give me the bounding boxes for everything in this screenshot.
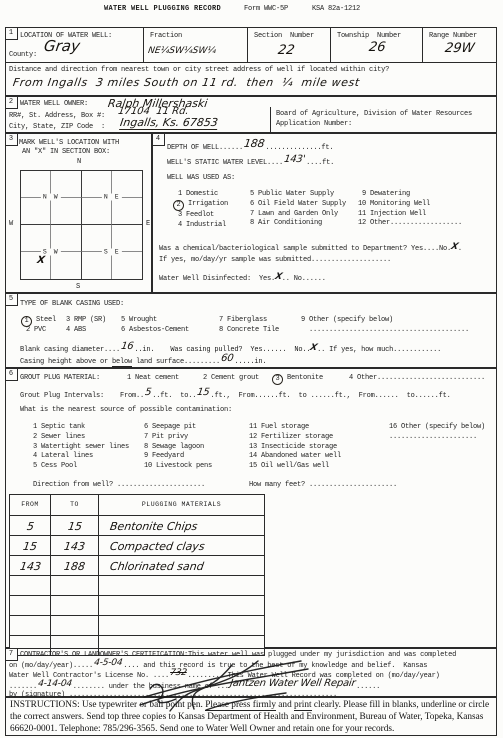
- grout-title-row: GROUT PLUG MATERIAL: 1 Neat cement2 Ceme…: [20, 374, 485, 385]
- contamination-option: 6 Seepage pit: [144, 423, 249, 433]
- date-completed-dots: .......: [9, 683, 37, 691]
- contamination-option: 16 Other (specify below): [389, 423, 499, 433]
- option-number: 7: [214, 316, 223, 326]
- section-certification: 7 CONTRACTOR'S OR LANDOWNER'S CERTIFICAT…: [5, 648, 497, 697]
- option-number: 1: [24, 317, 28, 325]
- date-completed-value: 4-14-04: [37, 680, 72, 689]
- casing-option-8: 8 Concrete Tile: [214, 326, 296, 336]
- instructions-underlined-2: print: [294, 700, 312, 711]
- section-location: 1 LOCATION OF WATER WELL: County: Gray F…: [5, 27, 497, 96]
- to-cell: [51, 576, 99, 596]
- fraction-value: NE¼SW¼SW¼: [147, 47, 216, 56]
- material-cell: [99, 616, 265, 636]
- used-as-option-8: 8 Air Conditioning: [245, 219, 357, 229]
- compass-north: N: [77, 158, 81, 167]
- static-level-line: WELL'S STATIC WATER LEVEL....143'....ft.: [167, 157, 334, 168]
- height-label-pre: Casing height above or: [20, 358, 112, 366]
- mark-title-line1: MARK WELL'S LOCATION WITH: [19, 139, 119, 148]
- used-as-label: WELL WAS USED AS:: [167, 174, 235, 183]
- option-number: 3: [173, 211, 182, 221]
- material-cell: [99, 596, 265, 616]
- form-number: Form WWC-5P: [244, 5, 288, 14]
- form-statute: KSA 82a-1212: [312, 5, 360, 14]
- section-number-cell: Section Number 22: [248, 28, 331, 62]
- to-cell: [51, 596, 99, 616]
- option-number: 1: [122, 374, 131, 384]
- board-label: Board of Agriculture, Division of Water …: [276, 110, 472, 119]
- height-value: 60: [220, 354, 234, 364]
- option-number: 8: [214, 326, 223, 336]
- certification-line2: on (mo/day/year).....4-5-04.... and this…: [9, 661, 427, 671]
- contamination-option: 15 Oil well/Gas well: [249, 462, 389, 472]
- section-1-number: 1: [5, 27, 18, 40]
- application-number-label: Application Number:: [276, 120, 352, 129]
- plug-table-header: PLUGGING MATERIALS: [99, 495, 265, 516]
- instructions-text: INSTRUCTIONS: Use typewriter or ball poi…: [10, 700, 205, 710]
- direction-from-well-label: Direction from well? ...................…: [33, 481, 205, 490]
- intervals-to-label: ..ft. to..: [152, 392, 196, 400]
- contamination-option: 4 Lateral lines: [33, 452, 144, 462]
- compass-west: W: [9, 220, 13, 229]
- used-as-option-12: 12 Other..................: [357, 219, 503, 229]
- depth-suffix: ..............ft.: [265, 144, 333, 152]
- contamination-option: 9 Feedyard: [144, 452, 249, 462]
- casing-option-cell: 4 ABS: [61, 326, 116, 336]
- section-well-details: 4 DEPTH OF WELL......188..............ft…: [152, 133, 497, 293]
- used-as-option-4: 4 Industrial: [173, 221, 245, 231]
- section-owner: 2 WATER WELL OWNER: Ralph Millershaski R…: [5, 96, 497, 133]
- grout-material-4: 4 Other...........................: [344, 374, 485, 384]
- option-number: 8: [245, 219, 254, 229]
- contamination-option: 7 Pit privy: [144, 433, 249, 443]
- sample-question-line: Was a chemical/bacteriological sample su…: [159, 244, 462, 254]
- section-grid-cell: [51, 198, 81, 225]
- casing-height-line: Casing height above or below land surfac…: [20, 356, 266, 367]
- used-as-option-7: 7 Lawn and Garden Only: [245, 210, 357, 220]
- how-many-feet-label: How many feet? ......................: [249, 481, 397, 490]
- option-number: 5: [116, 316, 125, 326]
- used-as-option-1: 1 Domestic: [173, 190, 245, 200]
- plug-table-row: 15143Compacted clays: [10, 536, 265, 556]
- interval-to-value: 15: [197, 388, 211, 398]
- contamination-column: 6 Seepage pit7 Pit privy8 Sewage lagoon9…: [144, 423, 249, 472]
- option-number: 4: [61, 326, 70, 336]
- certification-line4-rest: ......: [356, 683, 380, 691]
- well-x-mark: X: [36, 256, 45, 266]
- casing-option-6: 6 Asbestos-Cement: [116, 326, 214, 336]
- license-value: 732: [169, 669, 187, 678]
- range-label: Range Number: [429, 32, 477, 41]
- sample-question: Was a chemical/bacteriological sample su…: [159, 245, 451, 253]
- option-number: 4: [344, 374, 353, 384]
- intervals-label: Grout Plug Intervals:: [20, 392, 104, 400]
- contamination-column: 1 Septic tank2 Sewer lines3 Watertight s…: [33, 423, 144, 472]
- option-number: 4: [173, 221, 182, 231]
- county-value: Gray: [43, 39, 81, 54]
- fraction-label: Fraction: [150, 32, 182, 41]
- handwritten-value: 143: [19, 561, 42, 572]
- casing-option-cell: 8 Concrete Tile: [214, 326, 296, 336]
- plug-table-header: TO: [51, 495, 99, 516]
- used-as-option-10: 10 Monitoring Well: [357, 200, 503, 210]
- diameter-value: 16: [120, 342, 134, 352]
- material-cell: Chlorinated sand: [99, 556, 265, 576]
- handwritten-value: Compacted clays: [109, 541, 205, 552]
- section-3-number: 3: [5, 133, 18, 146]
- option-number: 2: [198, 374, 207, 384]
- casing-option-cell: 6 Asbestos-Cement: [116, 326, 214, 336]
- section-grout: 6 GROUT PLUG MATERIAL: 1 Neat cement2 Ce…: [5, 368, 497, 648]
- contamination-option: 5 Cess Pool: [33, 462, 144, 472]
- plug-table-row: [10, 616, 265, 636]
- sample-question-end: .: [458, 245, 462, 253]
- owner-label: WATER WELL OWNER:: [20, 100, 88, 109]
- section-casing: 5 TYPE OF BLANK CASING USED: 1 Steel3 RM…: [5, 293, 497, 368]
- option-number: 3: [275, 375, 279, 383]
- section-grid-cell: [21, 198, 51, 225]
- handwritten-value: 5: [26, 521, 35, 532]
- used-as-option-2: 2 Irrigation: [173, 200, 245, 211]
- compass-south: S: [76, 283, 80, 292]
- handwritten-value: Bentonite Chips: [109, 521, 198, 532]
- from-cell: [10, 616, 51, 636]
- city-label: City, State, ZIP Code :: [9, 123, 105, 132]
- date-plugged-label: on (mo/day/year).....: [9, 662, 93, 670]
- section-grid-cell: [82, 198, 112, 225]
- certification-line2-rest: .... and this record is true to the best…: [123, 662, 427, 670]
- material-cell: Compacted clays: [99, 536, 265, 556]
- sample-if-yes-line: If yes, mo/day/yr sample was submitted..…: [159, 256, 391, 265]
- from-cell: [10, 576, 51, 596]
- fraction-cell: Fraction NE¼SW¼SW¼: [144, 28, 248, 62]
- form-title: WATER WELL PLUGGING RECORD: [104, 5, 221, 14]
- depth-label: DEPTH OF WELL......: [167, 144, 243, 152]
- plug-table-row: 143188Chlorinated sand: [10, 556, 265, 576]
- quadrant-se: S E: [102, 249, 122, 256]
- option-number: 10: [357, 200, 366, 210]
- address-label: RR#, St. Address, Box #:: [9, 112, 105, 121]
- option-number: 11: [357, 210, 366, 220]
- owner-divider: [270, 107, 271, 132]
- grout-material-cell: 2 Cement grout: [198, 374, 272, 385]
- disinfected-no: .. No......: [282, 275, 326, 283]
- county-label: County:: [9, 51, 37, 60]
- quadrant-ne: N E: [102, 194, 122, 201]
- contamination-option: 1 Septic tank: [33, 423, 144, 433]
- option-number: 6: [116, 326, 125, 336]
- business-name-value: Jantzen Water Well Repair: [229, 679, 356, 689]
- township-value: 26: [368, 41, 386, 54]
- range-value: 29W: [444, 42, 475, 55]
- depth-value: 188: [243, 138, 265, 149]
- instructions-text-mid: and: [276, 700, 294, 710]
- section-number-label: Section Number: [254, 32, 314, 41]
- handwritten-value: 15: [22, 541, 38, 552]
- casing-option-cell: ........................................: [296, 326, 476, 336]
- from-cell: 143: [10, 556, 51, 576]
- certification-line1: CONTRACTOR'S OR LANDOWNER'S CERTIFICATIO…: [20, 651, 456, 660]
- grout-title: GROUT PLUG MATERIAL:: [20, 374, 122, 385]
- option-number: 12: [357, 219, 366, 229]
- static-level-value: 143': [283, 155, 305, 165]
- circled-answer-mark: 2: [173, 200, 184, 211]
- from-cell: [10, 596, 51, 616]
- used-as-options: 1 Domestic2 Irrigation3 Feedlot4 Industr…: [173, 190, 503, 230]
- grout-material-3: 3 Bentonite: [272, 374, 344, 385]
- used-as-option-9: 9 Dewatering: [357, 190, 503, 200]
- contamination-option: 8 Sewage lagoon: [144, 443, 249, 453]
- section-mark-location: 3 MARK WELL'S LOCATION WITH AN "X" IN SE…: [5, 133, 152, 293]
- city-value: Ingalls, Ks. 67853: [119, 117, 219, 130]
- section-grid-cell: [82, 252, 112, 279]
- used-as-option-11: 11 Injection Well: [357, 210, 503, 220]
- instructions-underlined-1: Please press firmly: [205, 700, 276, 711]
- distance-question: Distance and direction from nearest town…: [9, 66, 389, 75]
- instructions-box: INSTRUCTIONS: Use typewriter or ball poi…: [5, 697, 497, 736]
- section-5-number: 5: [5, 293, 18, 306]
- option-number: 2: [21, 326, 30, 336]
- certification-line3: Water Well Contractor's License No. ....…: [9, 671, 440, 681]
- plug-table-row: 515Bentonite Chips: [10, 516, 265, 536]
- intervals-rest: .ft., From......ft. to ......ft., From..…: [211, 392, 451, 400]
- disinfected-line: Water Well Disinfected: Yes.X.. No......: [159, 274, 326, 284]
- handwritten-value: 188: [63, 561, 86, 572]
- grout-intervals-line: Grout Plug Intervals: From..5..ft. to..1…: [20, 390, 451, 401]
- to-cell: 188: [51, 556, 99, 576]
- quadrant-sw: S W: [41, 249, 61, 256]
- used-as-column: 9 Dewatering10 Monitoring Well11 Injecti…: [357, 190, 503, 230]
- license-label: Water Well Contractor's License No. ....: [9, 672, 169, 680]
- option-number: 2: [176, 201, 180, 209]
- handwritten-value: Chlorinated sand: [109, 561, 204, 572]
- plug-table-header: FROM: [10, 495, 51, 516]
- casing-option-9: 9 Other (specify below): [296, 316, 476, 326]
- depth-line: DEPTH OF WELL......188..............ft.: [167, 140, 333, 153]
- business-name-label: ........ under the business name of ...: [73, 683, 229, 691]
- contamination-option: 14 Abandoned water well: [249, 452, 389, 462]
- from-cell: 5: [10, 516, 51, 536]
- circled-answer-mark: 3: [272, 374, 283, 385]
- distance-value: From Ingalls 3 miles South on 11 rd. the…: [12, 77, 360, 88]
- contamination-option: 10 Livestock pens: [144, 462, 249, 472]
- compass-east: E: [146, 220, 150, 229]
- contamination-column: 11 Fuel storage12 Fertilizer storage13 I…: [249, 423, 389, 472]
- grout-material-cell: 1 Neat cement: [122, 374, 198, 385]
- plug-table-row: [10, 576, 265, 596]
- mark-title-line2: AN "X" IN SECTION BOX:: [22, 148, 110, 157]
- section-7-number: 7: [5, 648, 18, 661]
- casing-option-3: 3 RMP (SR): [61, 316, 116, 326]
- material-cell: Bentonite Chips: [99, 516, 265, 536]
- contamination-option: ......................: [389, 433, 499, 443]
- grout-material-options: 1 Neat cement2 Cement grout3 Bentonite4 …: [122, 374, 485, 385]
- contamination-label: What is the nearest source of possible c…: [20, 406, 232, 415]
- static-level-suffix: ....ft.: [306, 159, 334, 167]
- plug-table-row: [10, 596, 265, 616]
- to-cell: [51, 616, 99, 636]
- option-number: 3: [61, 316, 70, 326]
- range-cell: Range Number 29W: [423, 28, 496, 62]
- option-number: 7: [245, 210, 254, 220]
- contamination-option: 3 Watertight sewer lines: [33, 443, 144, 453]
- grout-material-2: 2 Cement grout: [198, 374, 272, 384]
- casing-option-cell: 2 PVC: [21, 326, 61, 336]
- used-as-column: 1 Domestic2 Irrigation3 Feedlot4 Industr…: [173, 190, 245, 230]
- intervals-from-label: From..: [104, 392, 144, 400]
- contamination-option: 2 Sewer lines: [33, 433, 144, 443]
- handwritten-value: 143: [63, 541, 86, 552]
- diameter-label: Blank casing diameter....: [20, 346, 120, 354]
- plug-table-header-row: FROMTOPLUGGING MATERIALS: [10, 495, 265, 516]
- option-number: 9: [296, 316, 305, 326]
- quadrant-nw: N W: [41, 194, 61, 201]
- grout-material-cell: 4 Other...........................: [344, 374, 485, 385]
- contamination-option: 13 Insecticide storage: [249, 443, 389, 453]
- height-below-underlined: below: [112, 358, 132, 367]
- contamination-column: 16 Other (specify below)................…: [389, 423, 499, 472]
- material-cell: [99, 576, 265, 596]
- pulled-how-much: .. If yes, how much............: [317, 346, 441, 354]
- grout-material-cell: 3 Bentonite: [272, 374, 344, 385]
- section-grid-cell: [51, 252, 81, 279]
- section-6-number: 6: [5, 368, 18, 381]
- location-header-row: LOCATION OF WATER WELL: County: Gray Fra…: [6, 28, 496, 63]
- contamination-options: 1 Septic tank2 Sewer lines3 Watertight s…: [33, 423, 499, 472]
- contamination-option: 12 Fertilizer storage: [249, 433, 389, 443]
- to-cell: 143: [51, 536, 99, 556]
- contamination-option: 11 Fuel storage: [249, 423, 389, 433]
- casing-option-4: 4 ABS: [61, 326, 116, 336]
- section-2-number: 2: [5, 96, 18, 109]
- casing-option-other: ........................................: [296, 326, 476, 336]
- grout-material-1: 1 Neat cement: [122, 374, 198, 384]
- height-suffix: .....in.: [234, 358, 266, 366]
- date-plugged-value: 4-5-04: [93, 659, 122, 668]
- from-cell: 15: [10, 536, 51, 556]
- used-as-option-3: 3 Feedlot: [173, 211, 245, 221]
- option-number: 1: [173, 190, 182, 200]
- option-number: 5: [245, 190, 254, 200]
- township-cell: Township Number 26: [331, 28, 423, 62]
- section-number-value: 22: [277, 44, 295, 57]
- casing-title: TYPE OF BLANK CASING USED:: [20, 300, 124, 309]
- county-cell: LOCATION OF WATER WELL: County: Gray: [6, 28, 144, 62]
- casing-option-2: 2 PVC: [21, 326, 61, 336]
- option-number: 6: [245, 200, 254, 210]
- handwritten-value: 15: [67, 521, 83, 532]
- section-grid-cell: [112, 198, 142, 225]
- casing-option-5: 5 Wrought: [116, 316, 214, 326]
- option-number: 9: [357, 190, 366, 200]
- height-label-mid: land surface.........: [132, 358, 220, 366]
- section-grid-cell: [112, 252, 142, 279]
- to-cell: 15: [51, 516, 99, 536]
- water-well-plugging-record-form: WATER WELL PLUGGING RECORD Form WWC-5P K…: [0, 0, 503, 738]
- used-as-option-6: 6 Oil Field Water Supply: [245, 200, 357, 210]
- static-level-label: WELL'S STATIC WATER LEVEL....: [167, 159, 283, 167]
- interval-from-value: 5: [144, 388, 152, 398]
- casing-options-row2: 2 PVC4 ABS6 Asbestos-Cement8 Concrete Ti…: [21, 326, 476, 336]
- plugging-materials-table: FROMTOPLUGGING MATERIALS515Bentonite Chi…: [9, 494, 265, 656]
- disinfected-label: Water Well Disinfected: Yes.: [159, 275, 275, 283]
- section-4-number: 4: [152, 133, 165, 146]
- used-as-column: 5 Public Water Supply6 Oil Field Water S…: [245, 190, 357, 230]
- used-as-option-5: 5 Public Water Supply: [245, 190, 357, 200]
- casing-option-7: 7 Fiberglass: [214, 316, 296, 326]
